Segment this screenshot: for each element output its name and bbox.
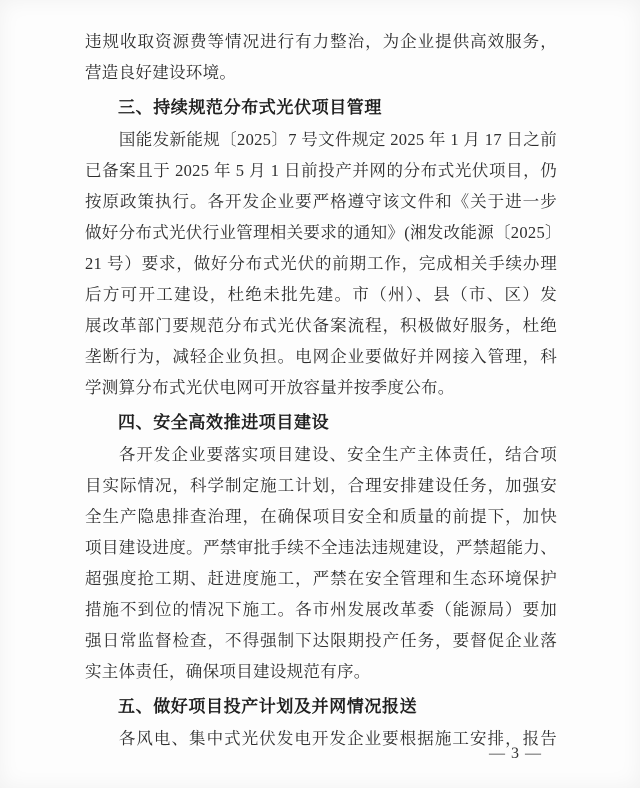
section-heading-5: 五、做好项目投产计划及并网情况报送 [85, 691, 557, 722]
body-line: 展改革部门要规范分布式光伏备案流程，积极做好服务，杜绝 [85, 310, 557, 341]
body-line: 全生产隐患排查治理，在确保项目安全和质量的前提下，加快 [85, 501, 557, 532]
section-heading-4: 四、安全高效推进项目建设 [85, 407, 557, 438]
body-line: 已备案且于 2025 年 5 月 1 日前投产并网的分布式光伏项目，仍 [85, 155, 557, 186]
body-line: 学测算分布式光伏电网可开放容量并按季度公布。 [85, 372, 557, 403]
body-line: 各风电、集中式光伏发电开发企业要根据施工安排，报告 [85, 723, 557, 754]
document-body: 违规收取资源费等情况进行有力整治，为企业提供高效服务， 营造良好建设环境。 三、… [85, 26, 557, 754]
body-line: 目实际情况，科学制定施工计划，合理安排建设任务，加强安 [85, 470, 557, 501]
body-line: 后方可开工建设，杜绝未批先建。市（州）、县（市、区）发 [85, 279, 557, 310]
body-line: 营造良好建设环境。 [85, 57, 557, 88]
body-line: 强日常监督检查，不得强制下达限期投产任务，要督促企业落 [85, 625, 557, 656]
body-line: 按原政策执行。各开发企业要严格遵守该文件和《关于进一步 [85, 186, 557, 217]
body-line: 21 号）要求，做好分布式光伏的前期工作，完成相关手续办理 [85, 248, 557, 279]
page-number: — 3 — [489, 744, 542, 764]
body-line: 项目建设进度。严禁审批手续不全违法违规建设，严禁超能力、 [85, 532, 557, 563]
body-line: 超强度抢工期、赶进度施工，严禁在安全管理和生态环境保护 [85, 563, 557, 594]
section-heading-3: 三、持续规范分布式光伏项目管理 [85, 92, 557, 123]
body-line: 国能发新能规〔2025〕7 号文件规定 2025 年 1 月 17 日之前 [85, 124, 557, 155]
body-line: 垄断行为，减轻企业负担。电网企业要做好并网接入管理，科 [85, 341, 557, 372]
body-line: 违规收取资源费等情况进行有力整治，为企业提供高效服务， [85, 26, 557, 57]
body-line: 措施不到位的情况下施工。各市州发展改革委（能源局）要加 [85, 594, 557, 625]
body-line: 各开发企业要落实项目建设、安全生产主体责任，结合项 [85, 439, 557, 470]
body-line: 实主体责任，确保项目建设规范有序。 [85, 656, 557, 687]
body-line: 做好分布式光伏行业管理相关要求的通知》(湘发改能源〔2025〕 [85, 217, 557, 248]
document-page: 违规收取资源费等情况进行有力整治，为企业提供高效服务， 营造良好建设环境。 三、… [0, 0, 640, 788]
